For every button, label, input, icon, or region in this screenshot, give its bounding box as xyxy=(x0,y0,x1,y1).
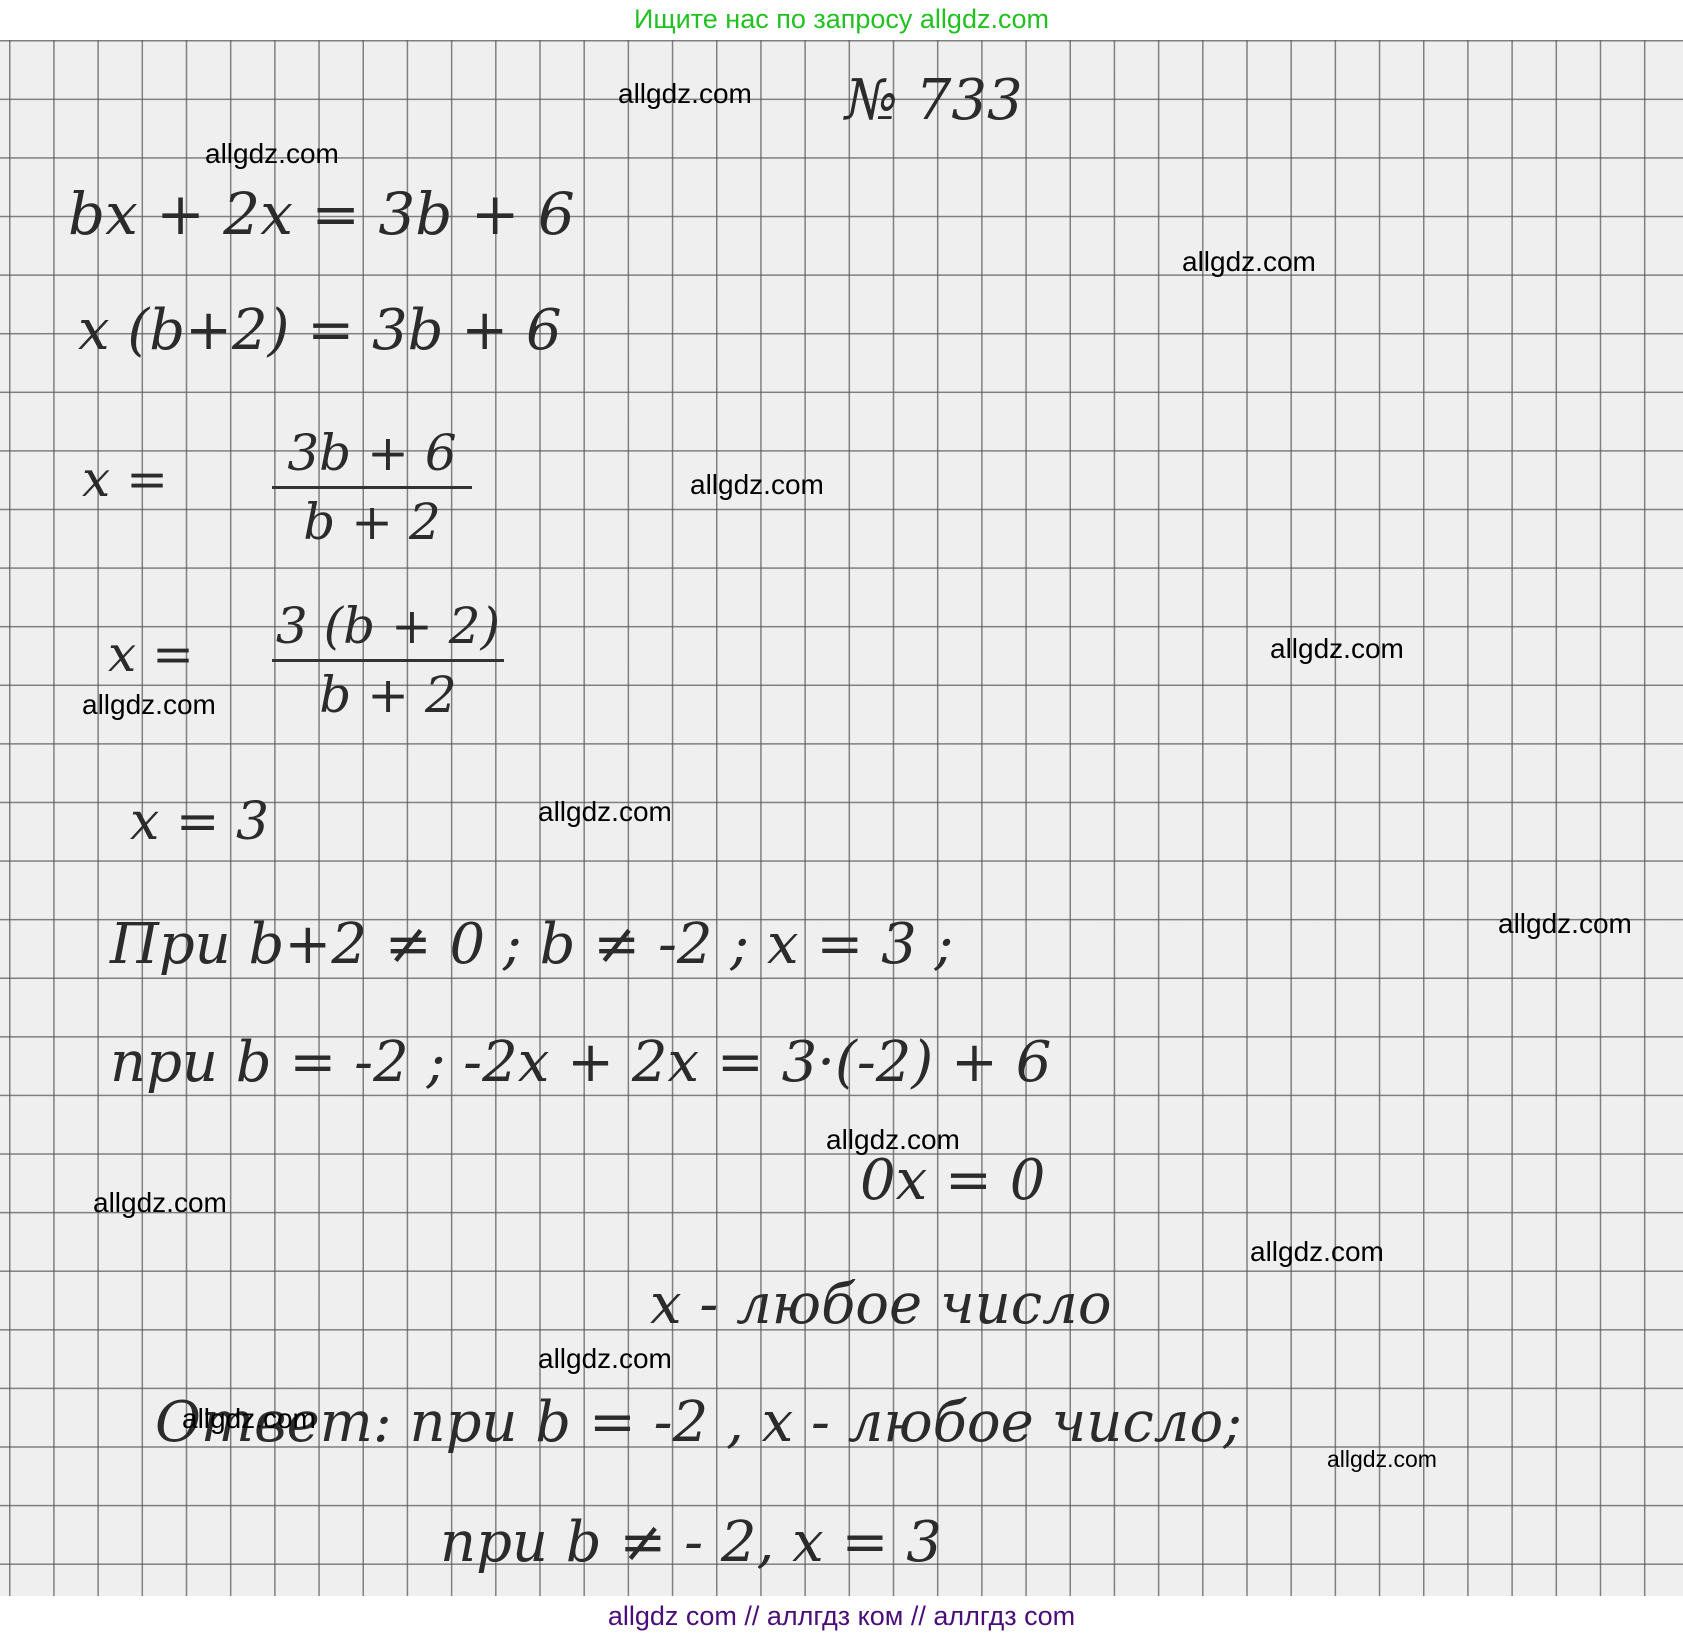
fraction-1-denominator: b + 2 xyxy=(272,491,472,553)
watermark: allgdz.com xyxy=(1182,246,1316,278)
top-banner: Ищите нас по запросу allgdz.com xyxy=(0,0,1683,40)
equation-line-5: x = 3 xyxy=(130,792,269,852)
watermark: allgdz.com xyxy=(1270,633,1404,665)
watermark: allgdz.com xyxy=(690,469,824,501)
equation-line-2: x (b+2) = 3b + 6 xyxy=(78,298,562,363)
watermark: allgdz.com xyxy=(205,138,339,170)
fraction-1-numerator: 3b + 6 xyxy=(272,422,472,484)
case-2-conclusion: x - любое число xyxy=(650,1272,1112,1337)
watermark: allgdz.com xyxy=(1498,908,1632,940)
watermark: allgdz.com xyxy=(826,1124,960,1156)
bottom-banner: allgdz com // аллгдз ком // аллгдз com xyxy=(0,1596,1683,1636)
fraction-2: 3 (b + 2) b + 2 xyxy=(272,595,504,726)
watermark: allgdz.com xyxy=(93,1187,227,1219)
watermark: allgdz.com xyxy=(1250,1236,1384,1268)
fraction-2-denominator: b + 2 xyxy=(272,664,504,726)
case-1-line: При b+2 ≠ 0 ; b ≠ -2 ; x = 3 ; xyxy=(110,912,953,977)
watermark: allgdz.com xyxy=(1327,1446,1437,1473)
notebook-page: № 733 bx + 2x = 3b + 6 x (b+2) = 3b + 6 … xyxy=(0,40,1683,1596)
watermark: allgdz.com xyxy=(538,796,672,828)
fraction-2-numerator: 3 (b + 2) xyxy=(272,595,504,657)
equation-line-4-lhs: x = xyxy=(108,625,194,683)
case-2-result: 0x = 0 xyxy=(860,1148,1045,1213)
answer-line-1: Ответ: при b = -2 , x - любое число; xyxy=(155,1390,1242,1455)
answer-line-2: при b ≠ - 2, x = 3 xyxy=(440,1510,942,1575)
watermark: allgdz.com xyxy=(618,78,752,110)
fraction-1: 3b + 6 b + 2 xyxy=(272,422,472,553)
equation-line-3-lhs: x = xyxy=(82,450,168,508)
fraction-1-bar xyxy=(272,486,472,489)
problem-number: № 733 xyxy=(845,68,1023,133)
fraction-2-bar xyxy=(272,659,504,662)
case-2-line: при b = -2 ; -2x + 2x = 3·(-2) + 6 xyxy=(110,1030,1051,1095)
watermark: allgdz.com xyxy=(182,1403,316,1435)
watermark: allgdz.com xyxy=(82,689,216,721)
equation-line-1: bx + 2x = 3b + 6 xyxy=(68,180,575,248)
watermark: allgdz.com xyxy=(538,1343,672,1375)
